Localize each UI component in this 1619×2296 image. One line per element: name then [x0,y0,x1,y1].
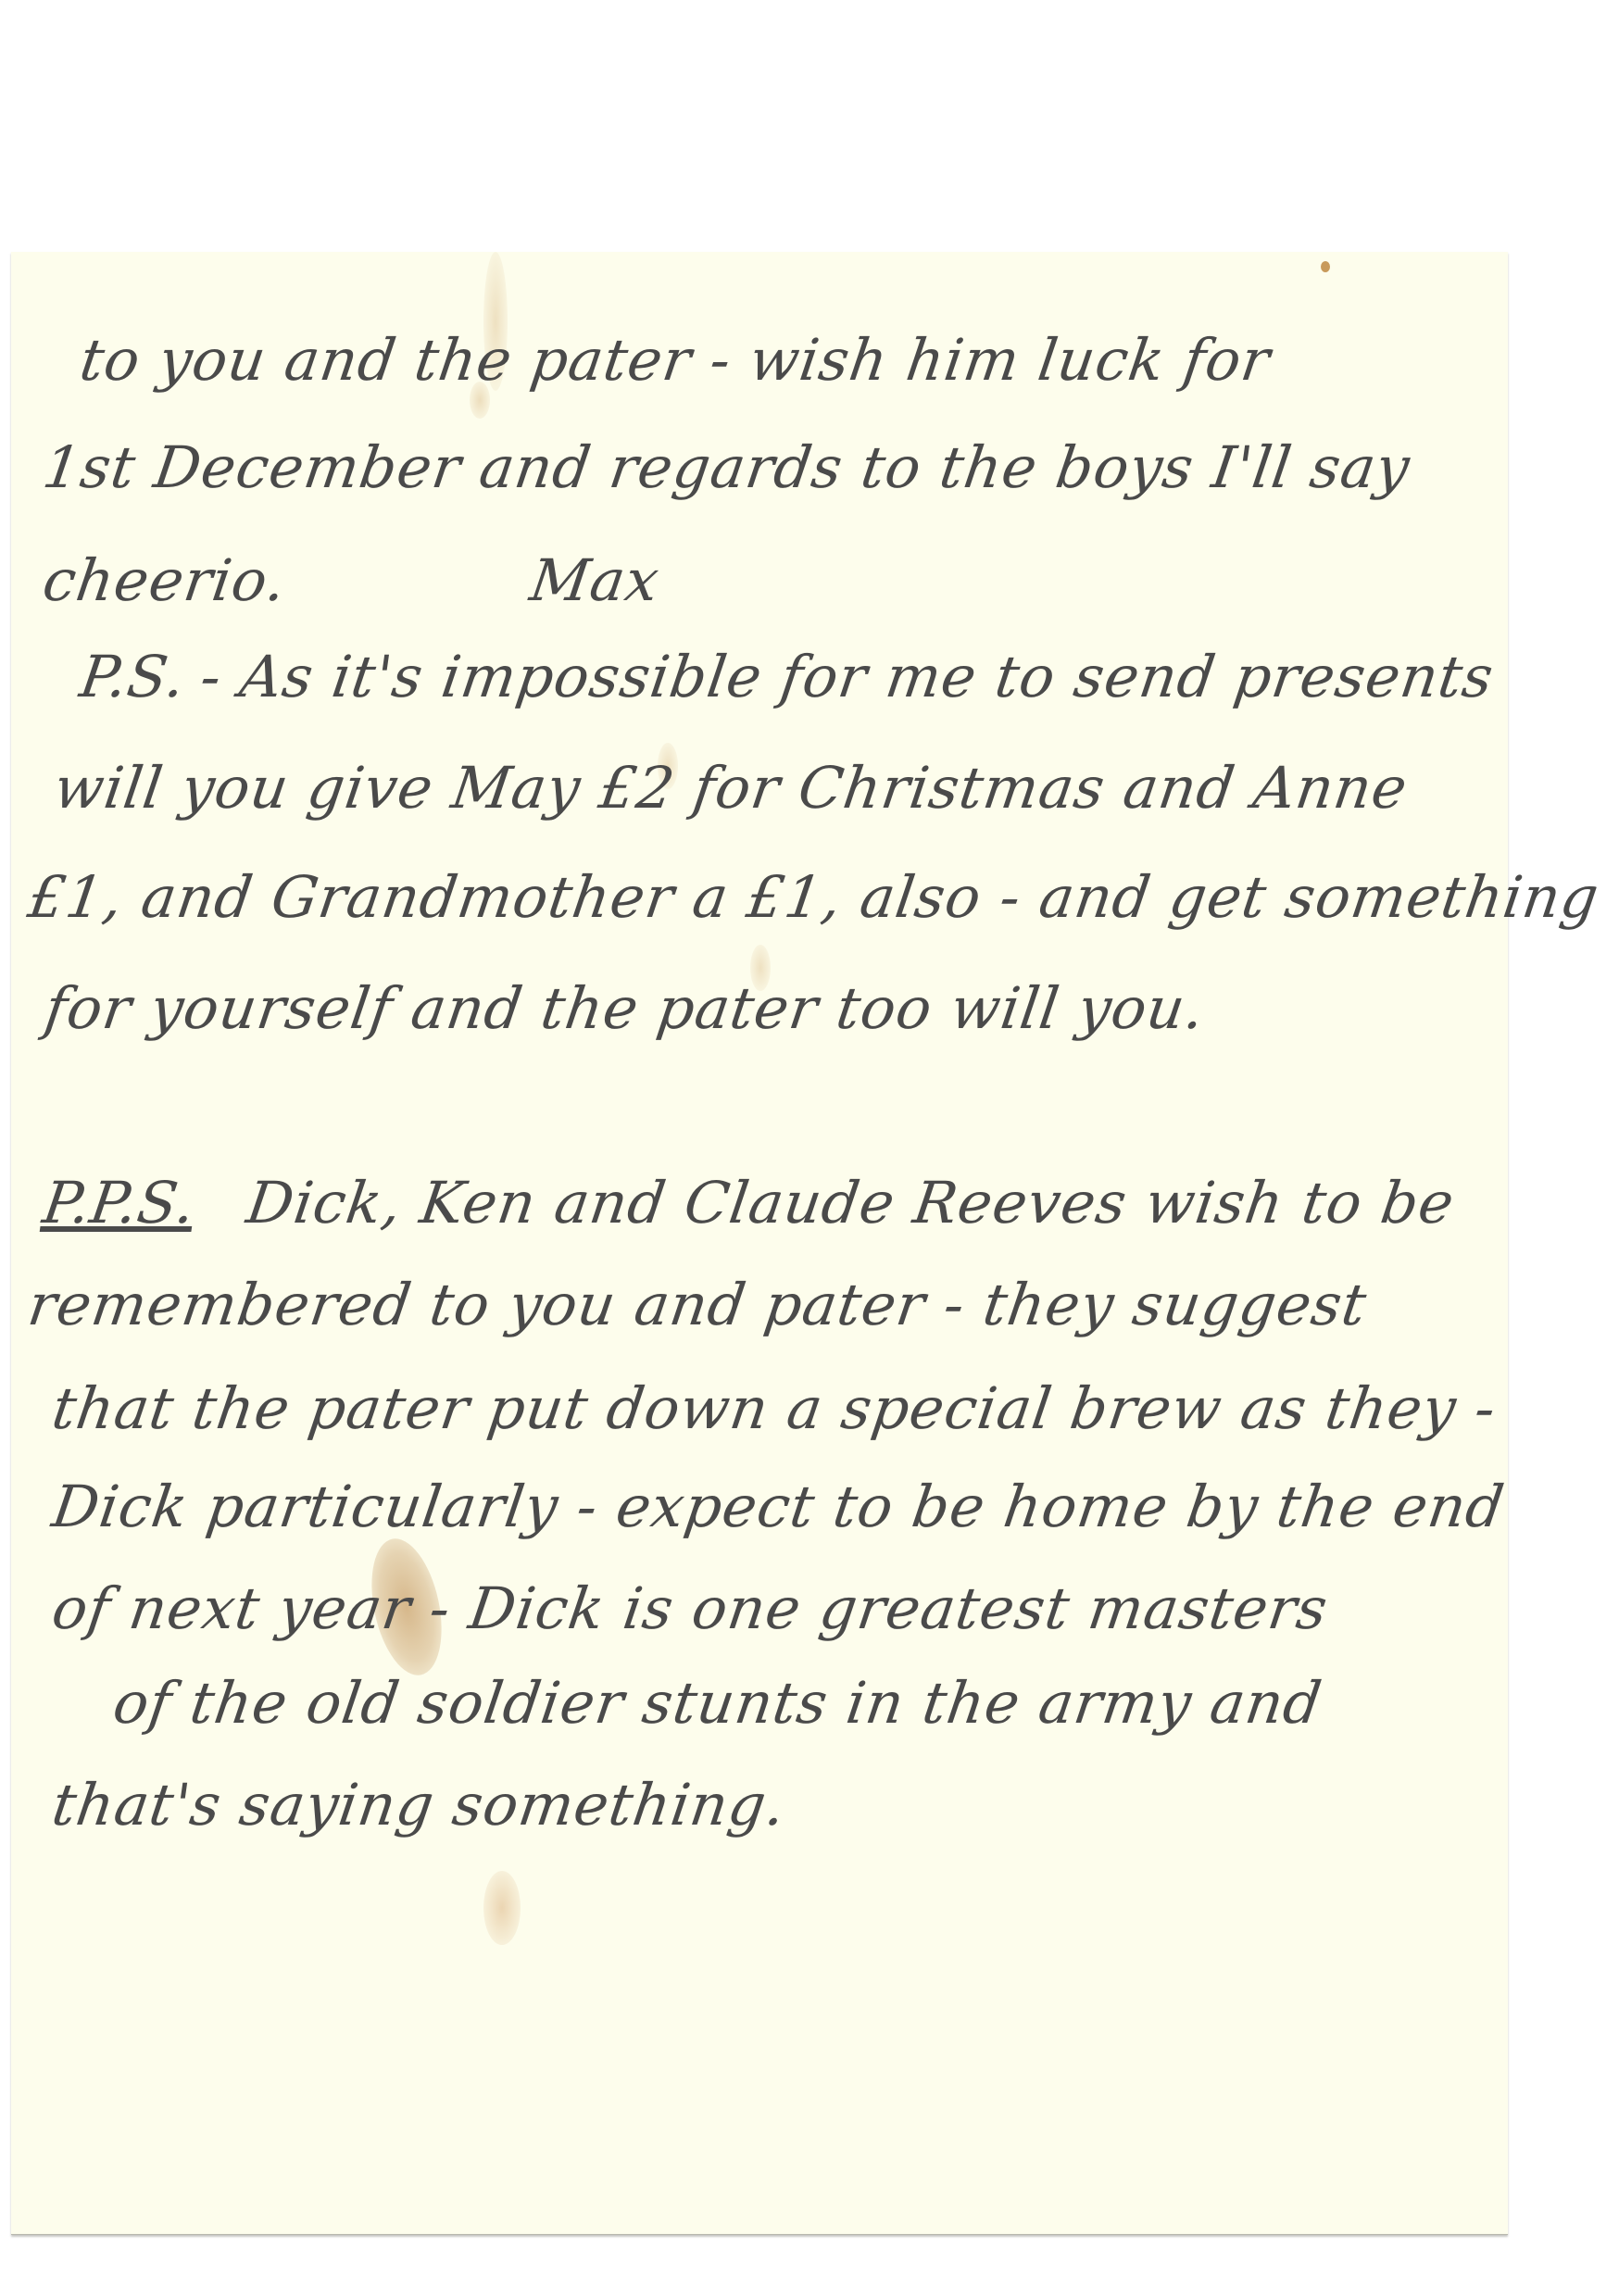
pps-line: of next year - Dick is one greatest mast… [48,1575,1332,1642]
ps-line: - As it's impossible for me to send pres… [196,643,1498,710]
faint-stain [483,1871,521,1945]
pps-line: Dick, Ken and Claude Reeves wish to be [243,1169,1459,1236]
signature: Max [526,546,664,614]
letter-line: 1st December and regards to the boys I'l… [39,433,1414,501]
pps-label: P.P.S. [39,1169,200,1236]
letter-paper: to you and the pater - wish him luck for… [11,252,1508,2235]
rust-dot [1321,261,1330,272]
letter-line: cheerio. [39,546,291,614]
letter-line: to you and the pater - wish him luck for [76,326,1274,394]
pps-line: remembered to you and pater - they sugge… [24,1271,1371,1338]
pps-line: Dick particularly - expect to be home by… [48,1473,1509,1540]
pps-line: that the pater put down a special brew a… [48,1374,1500,1442]
ps-label: P.S. [76,643,190,710]
ps-line: for yourself and the pater too will you. [41,974,1209,1042]
ps-line: £1, and Grandmother a £1, also - and get… [24,863,1603,931]
pps-line: that's saying something. [48,1771,790,1838]
pps-line: of the old soldier stunts in the army an… [109,1669,1326,1737]
ps-line: will you give May £2 for Christmas and A… [50,754,1412,822]
